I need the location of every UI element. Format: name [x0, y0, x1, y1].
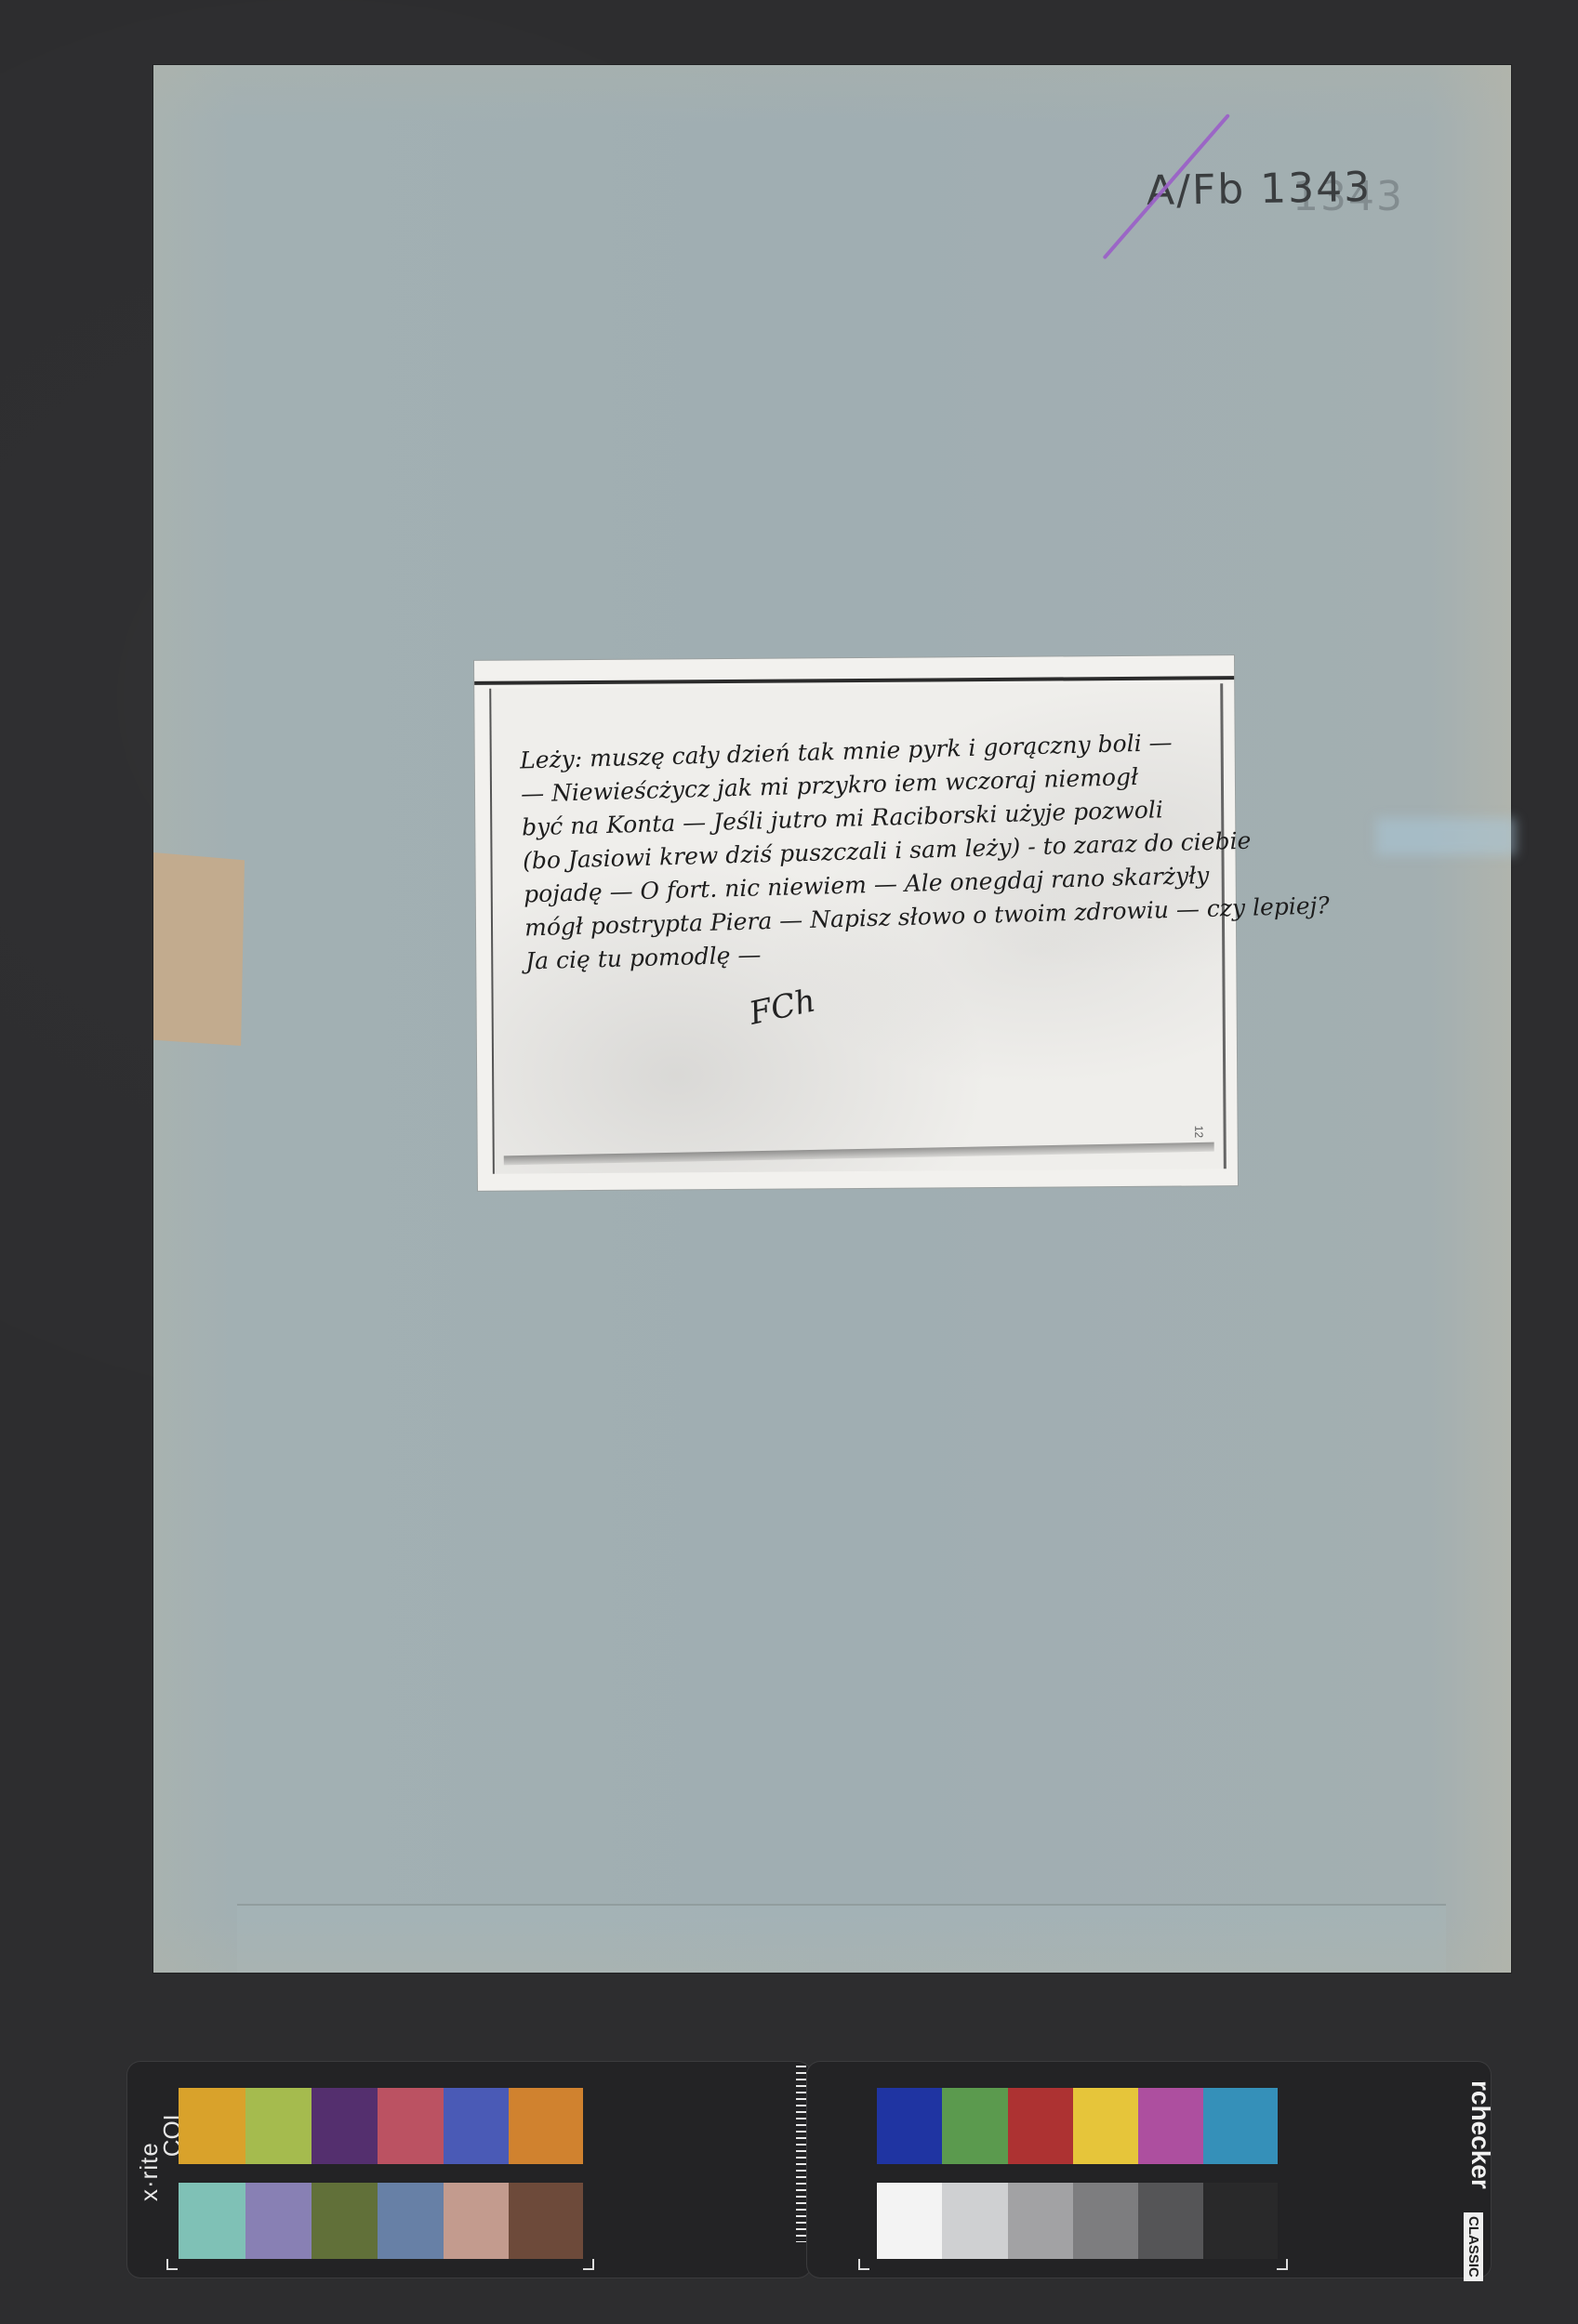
blue-stain	[1376, 818, 1516, 855]
registration-mark	[583, 2259, 594, 2270]
patch-cyan	[1203, 2088, 1278, 2164]
patch-light-skin	[444, 2183, 518, 2259]
patch-purple	[312, 2088, 386, 2164]
patch-red	[1008, 2088, 1082, 2164]
call-number-value: 1343	[1260, 164, 1372, 213]
signature: FCh	[746, 982, 818, 1032]
patch-blue-flower	[245, 2183, 320, 2259]
classic-badge: CLASSIC	[1464, 2212, 1483, 2281]
handwritten-letter: Leży: muszę cały dzień tak mnie pyrk i g…	[520, 724, 1242, 978]
sheet-lower-strip	[237, 1906, 1446, 1973]
patch-black	[1203, 2183, 1278, 2259]
color-checker-right-card: rchecker CLASSIC	[807, 2062, 1491, 2278]
patch-neutral-6-5	[1008, 2183, 1082, 2259]
patch-neutral-5	[1073, 2183, 1147, 2259]
letter-page: Leży: muszę cały dzień tak mnie pyrk i g…	[489, 683, 1227, 1173]
adhesive-tape	[153, 852, 245, 1046]
patch-blue-sky	[378, 2183, 452, 2259]
patch-neutral-8	[942, 2183, 1016, 2259]
patch-blue	[877, 2088, 951, 2164]
patch-white	[877, 2183, 951, 2259]
patch-bluish-green	[179, 2183, 253, 2259]
sheet-fold-line	[237, 1904, 1446, 1906]
patch-green	[942, 2088, 1016, 2164]
patch-dark-skin	[509, 2183, 583, 2259]
patch-purplish-blue	[444, 2088, 518, 2164]
patch-yellow-green	[245, 2088, 320, 2164]
patch-yellow	[1073, 2088, 1147, 2164]
registration-mark	[166, 2259, 178, 2270]
colorchecker-brand: rchecker	[1465, 2080, 1495, 2189]
color-checker-left-card: COL x·rite	[127, 2062, 811, 2278]
patch-foliage	[312, 2183, 386, 2259]
registration-mark	[1277, 2259, 1288, 2270]
patch-moderate-red	[378, 2088, 452, 2164]
page-number: 12	[1192, 1126, 1205, 1138]
patch-orange-yellow	[179, 2088, 253, 2164]
patch-neutral-3-5	[1138, 2183, 1213, 2259]
patch-magenta	[1138, 2088, 1213, 2164]
letter-photograph: Leży: muszę cały dzień tak mnie pyrk i g…	[474, 655, 1238, 1191]
registration-mark	[858, 2259, 869, 2270]
patch-orange	[509, 2088, 583, 2164]
xrite-logo: x·rite	[135, 2142, 164, 2201]
photo-bottom-edge	[504, 1142, 1214, 1166]
